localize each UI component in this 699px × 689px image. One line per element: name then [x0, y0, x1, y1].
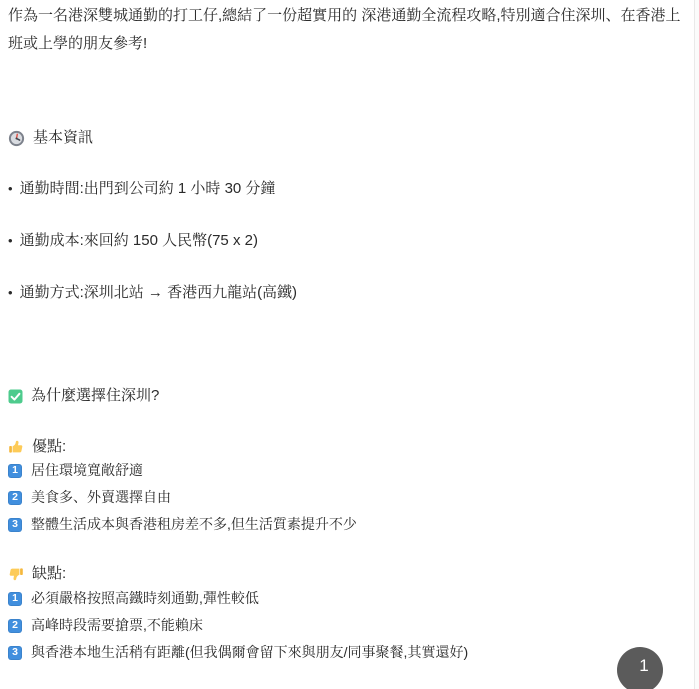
list-item-text: 美食多、外賣選擇自由 [31, 484, 171, 511]
page-number: 1 [639, 656, 648, 676]
bullet-commute-cost: 通勤成本:來回約 150 人民幣(75 x 2) [8, 231, 690, 251]
section-title-why-shenzhen: 為什麼選擇住深圳? [31, 386, 159, 406]
cons-heading: 缺點: [8, 564, 690, 584]
check-icon [8, 389, 23, 404]
list-item: 3 與香港本地生活稍有距離(但我偶爾會留下來與朋友/同事聚餐,其實還好) [8, 639, 690, 666]
list-item-text: 必須嚴格按照高鐵時刻通勤,彈性較低 [31, 585, 259, 612]
number-badge: 3 [8, 518, 22, 532]
list-item: 1 必須嚴格按照高鐵時刻通勤,彈性較低 [8, 585, 690, 612]
list-item-text: 與香港本地生活稍有距離(但我偶爾會留下來與朋友/同事聚餐,其實還好) [31, 639, 468, 666]
list-item-text: 高峰時段需要搶票,不能賴床 [31, 612, 203, 639]
pros-heading: 優點: [8, 437, 690, 457]
number-badge: 3 [8, 646, 22, 660]
clock-icon [8, 130, 25, 147]
bullet-commute-time: 通勤時間:出門到公司約 1 小時 30 分鐘 [8, 179, 690, 199]
thumbs-down-icon [8, 566, 24, 582]
page-indicator[interactable]: 1 [617, 647, 663, 689]
section-title-basic-info: 基本資訊 [33, 128, 93, 148]
section-heading-why-shenzhen: 為什麼選擇住深圳? [8, 386, 690, 406]
list-item-text: 整體生活成本與香港租房差不多,但生活質素提升不少 [31, 511, 357, 538]
number-badge: 1 [8, 464, 22, 478]
pros-list: 1 居住環境寬敞舒適 2 美食多、外賣選擇自由 3 整體生活成本與香港租房差不多… [8, 457, 690, 538]
page-edge-line [694, 0, 695, 689]
number-badge: 2 [8, 491, 22, 505]
document-page: 作為一名港深雙城通勤的打工仔,總結了一份超實用的 深港通勤全流程攻略,特別適合住… [0, 0, 699, 689]
list-item: 1 居住環境寬敞舒適 [8, 457, 690, 484]
cons-title: 缺點: [32, 564, 66, 584]
cons-list: 1 必須嚴格按照高鐵時刻通勤,彈性較低 2 高峰時段需要搶票,不能賴床 3 與香… [8, 585, 690, 666]
list-item: 2 美食多、外賣選擇自由 [8, 484, 690, 511]
section-heading-basic-info: 基本資訊 [8, 128, 690, 148]
bullet-commute-method: 通勤方式:深圳北站 → 香港西九龍站(高鐵) [8, 283, 690, 303]
number-badge: 1 [8, 592, 22, 606]
list-item: 2 高峰時段需要搶票,不能賴床 [8, 612, 690, 639]
intro-paragraph: 作為一名港深雙城通勤的打工仔,總結了一份超實用的 深港通勤全流程攻略,特別適合住… [8, 2, 690, 58]
list-item: 3 整體生活成本與香港租房差不多,但生活質素提升不少 [8, 511, 690, 538]
pros-title: 優點: [32, 437, 66, 457]
number-badge: 2 [8, 619, 22, 633]
list-item-text: 居住環境寬敞舒適 [31, 457, 143, 484]
page-edge-gutter [695, 0, 699, 689]
thumbs-up-icon [8, 439, 24, 455]
